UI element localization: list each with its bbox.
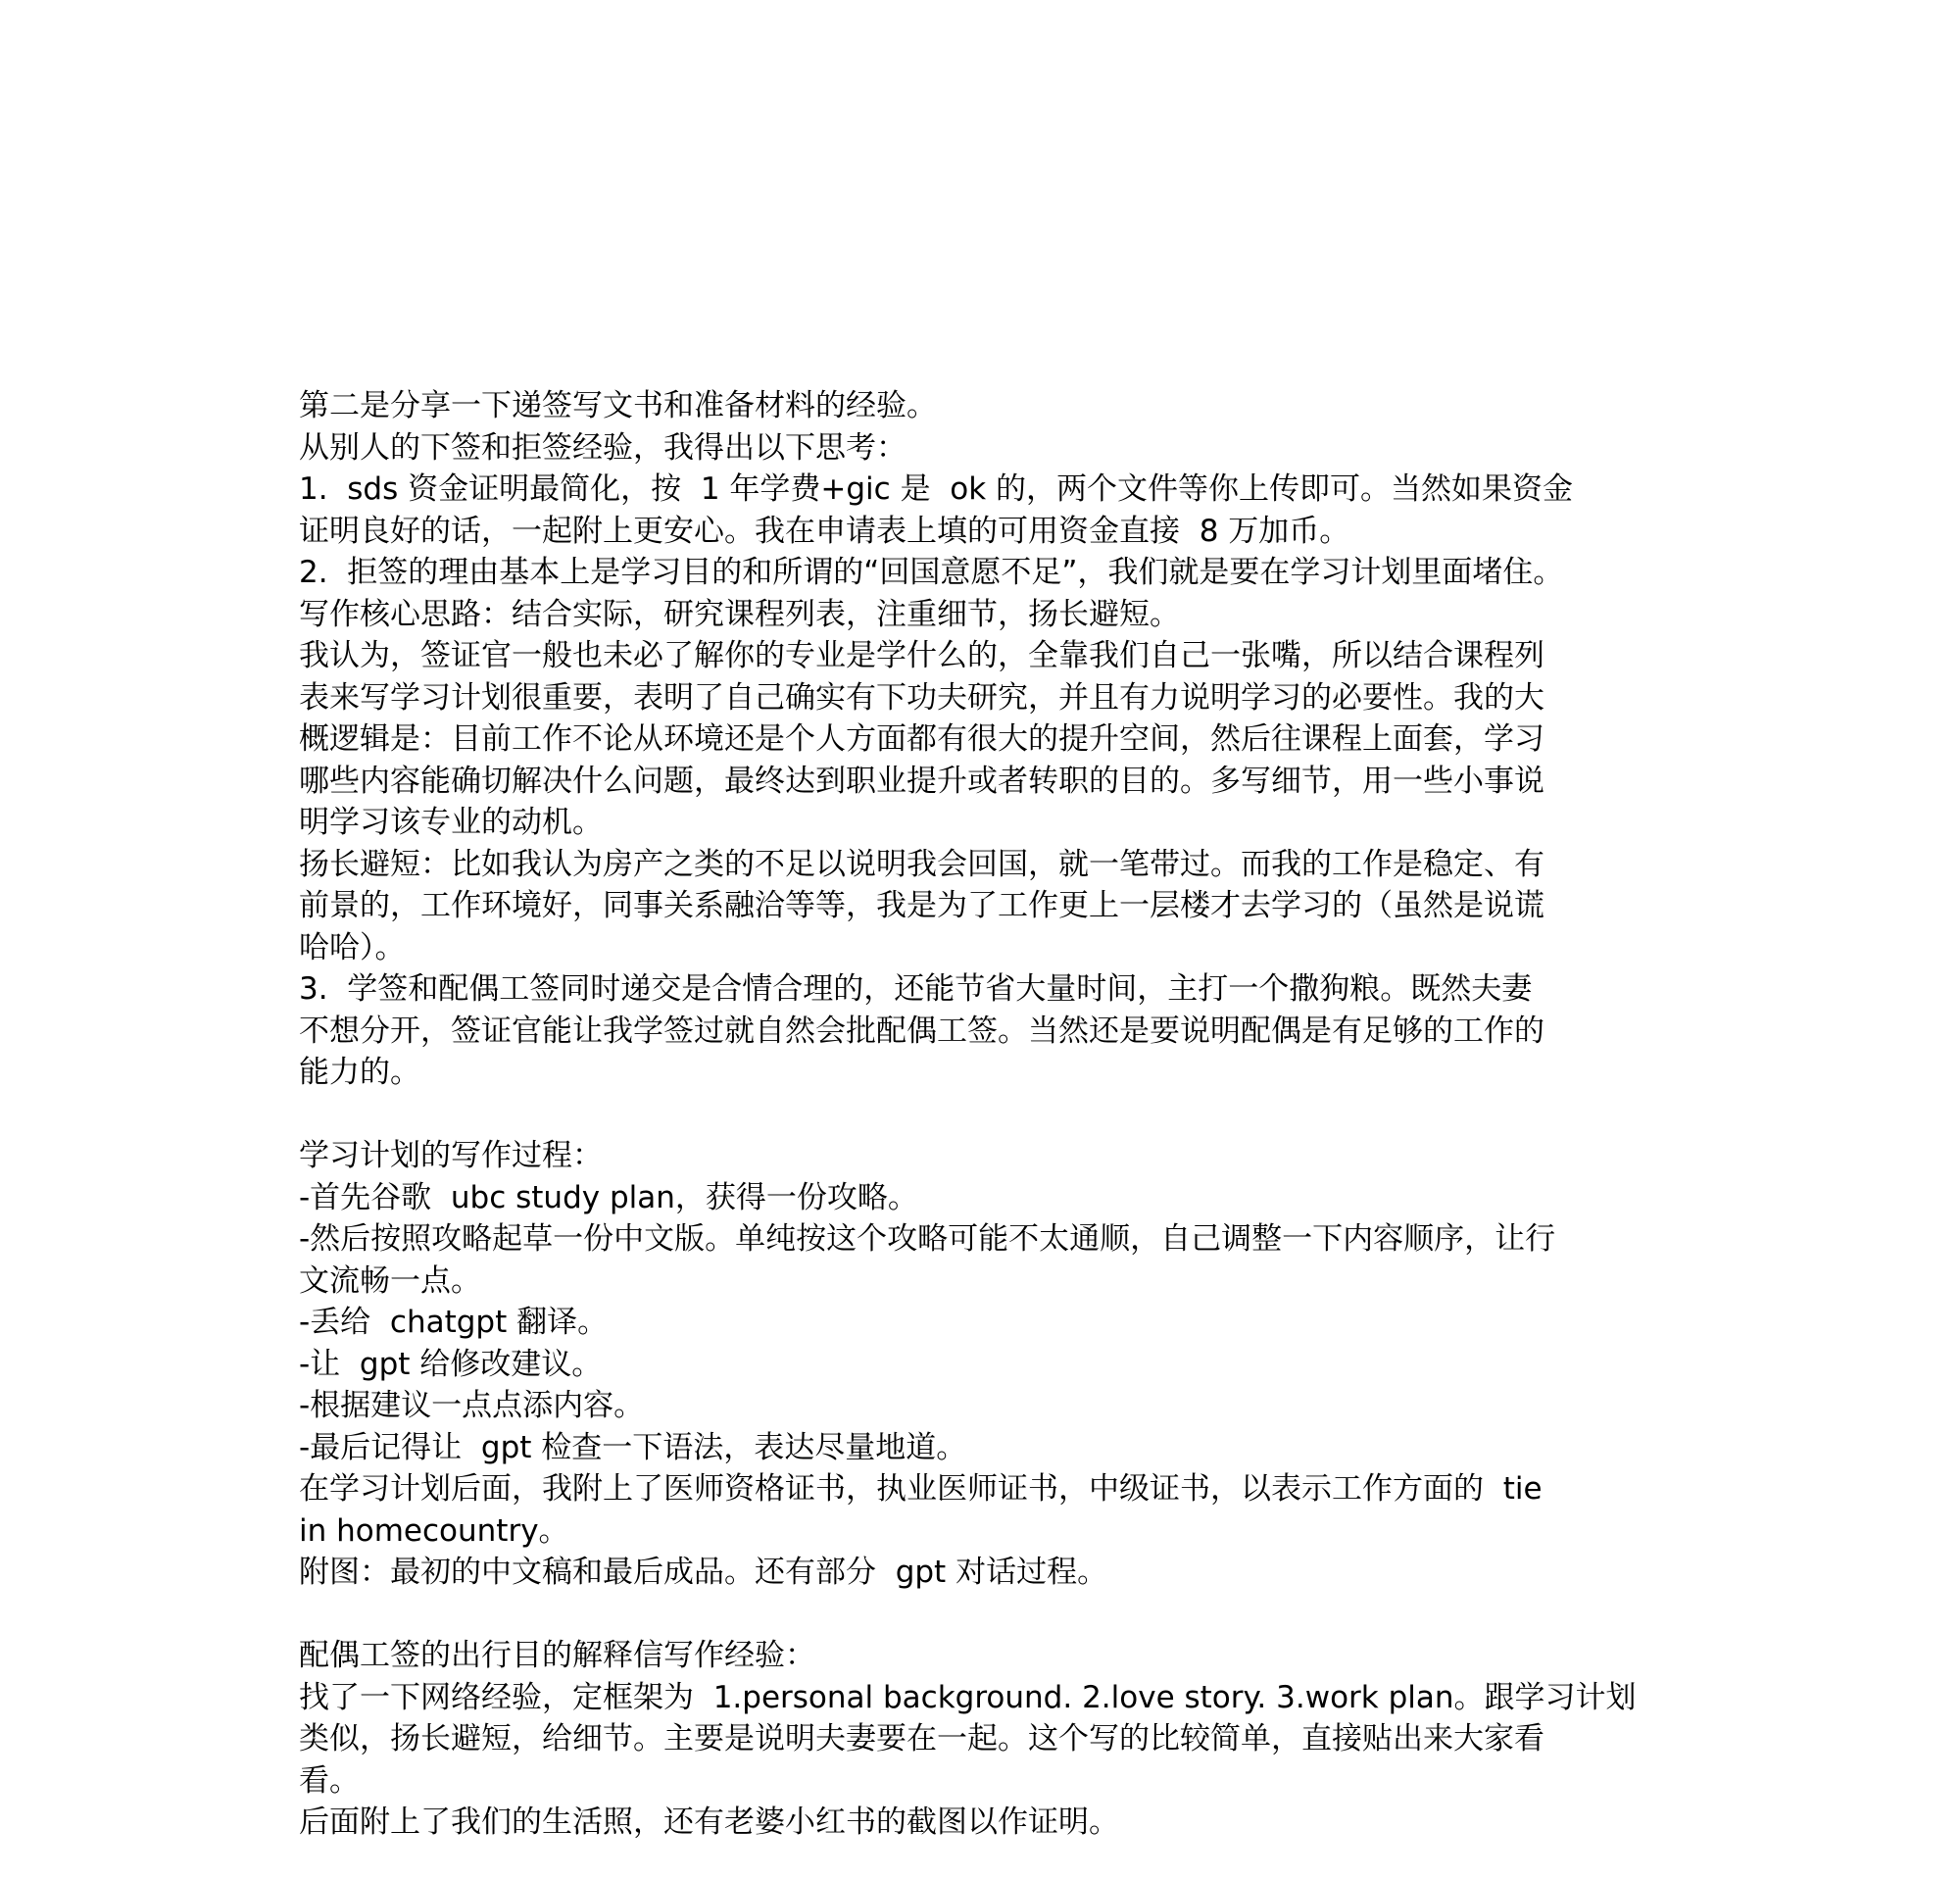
paragraph-spacer [299,1094,1651,1136]
list-item-1-line-2: 证明良好的话，一起附上更安心。我在申请表上填的可用资金直接 8 万加币。 [299,511,1651,553]
section-spouse-letter: 配偶工签的出行目的解释信写作经验： 找了一下网络经验，定框架为 1.person… [299,1635,1651,1844]
text-line: 哪些内容能确切解决什么问题，最终达到职业提升或者转职的目的。多写细节，用一些小事… [299,761,1651,803]
text-line: 明学习该专业的动机。 [299,802,1651,844]
section-study-plan-process: 学习计划的写作过程： -首先谷歌 ubc study plan，获得一份攻略。 … [299,1135,1651,1594]
text-line: 看。 [299,1760,1651,1803]
step-item: -最后记得让 gpt 检查一下语法，表达尽量地道。 [299,1427,1651,1469]
paragraph-intro: 第二是分享一下递签写文书和准备材料的经验。 [299,385,1651,427]
text-line: in homecountry。 [299,1510,1651,1553]
text-line: 哈哈）。 [299,927,1651,969]
section-heading-spouse-letter: 配偶工签的出行目的解释信写作经验： [299,1635,1651,1677]
step-item: -根据建议一点点添内容。 [299,1385,1651,1427]
text-line: 写作核心思路：结合实际，研究课程列表，注重细节，扬长避短。 [299,594,1651,636]
attachment-note: 附图：最初的中文稿和最后成品。还有部分 gpt 对话过程。 [299,1552,1651,1594]
text-line: 后面附上了我们的生活照，还有老婆小红书的截图以作证明。 [299,1802,1651,1844]
paragraph-spacer [299,1594,1651,1636]
paragraph-reflection-lead: 从别人的下签和拒签经验，我得出以下思考： [299,427,1651,470]
list-item-3-line-3: 能力的。 [299,1052,1651,1094]
text-line: 类似，扬长避短，给细节。主要是说明夫妻要在一起。这个写的比较简单，直接贴出来大家… [299,1718,1651,1760]
text-line: 我认为，签证官一般也未必了解你的专业是学什么的，全靠我们自己一张嘴，所以结合课程… [299,635,1651,677]
list-item-2-line-1: 2. 拒签的理由基本上是学习目的和所谓的“回国意愿不足”，我们就是要在学习计划里… [299,552,1651,594]
text-line: 找了一下网络经验，定框架为 1.personal background. 2.l… [299,1677,1651,1719]
text-line: 概逻辑是：目前工作不论从环境还是个人方面都有很大的提升空间，然后往课程上面套，学… [299,718,1651,761]
text-line: 扬长避短：比如我认为房产之类的不足以说明我会回国，就一笔带过。而我的工作是稳定、… [299,844,1651,886]
document-body: 第二是分享一下递签写文书和准备材料的经验。 从别人的下签和拒签经验，我得出以下思… [299,385,1651,1844]
step-item: -然后按照攻略起草一份中文版。单纯按这个攻略可能不太通顺，自己调整一下内容顺序，… [299,1218,1651,1261]
section-heading-study-plan: 学习计划的写作过程： [299,1135,1651,1177]
section-document-preparation: 第二是分享一下递签写文书和准备材料的经验。 从别人的下签和拒签经验，我得出以下思… [299,385,1651,1094]
list-item-3-line-1: 3. 学签和配偶工签同时递交是合情合理的，还能节省大量时间，主打一个撒狗粮。既然… [299,968,1651,1011]
step-item-continued: 文流畅一点。 [299,1261,1651,1303]
step-item: -首先谷歌 ubc study plan，获得一份攻略。 [299,1177,1651,1219]
list-item-3-line-2: 不想分开，签证官能让我学签过就自然会批配偶工签。当然还是要说明配偶是有足够的工作… [299,1011,1651,1053]
step-item: -丢给 chatgpt 翻译。 [299,1302,1651,1344]
text-line: 表来写学习计划很重要，表明了自己确实有下功夫研究，并且有力说明学习的必要性。我的… [299,677,1651,719]
list-item-1-line-1: 1. sds 资金证明最简化，按 1 年学费+gic 是 ok 的，两个文件等你… [299,469,1651,511]
text-line: 在学习计划后面，我附上了医师资格证书，执业医师证书，中级证书，以表示工作方面的 … [299,1468,1651,1510]
text-line: 前景的，工作环境好，同事关系融洽等等，我是为了工作更上一层楼才去学习的（虽然是说… [299,885,1651,927]
step-item: -让 gpt 给修改建议。 [299,1344,1651,1386]
